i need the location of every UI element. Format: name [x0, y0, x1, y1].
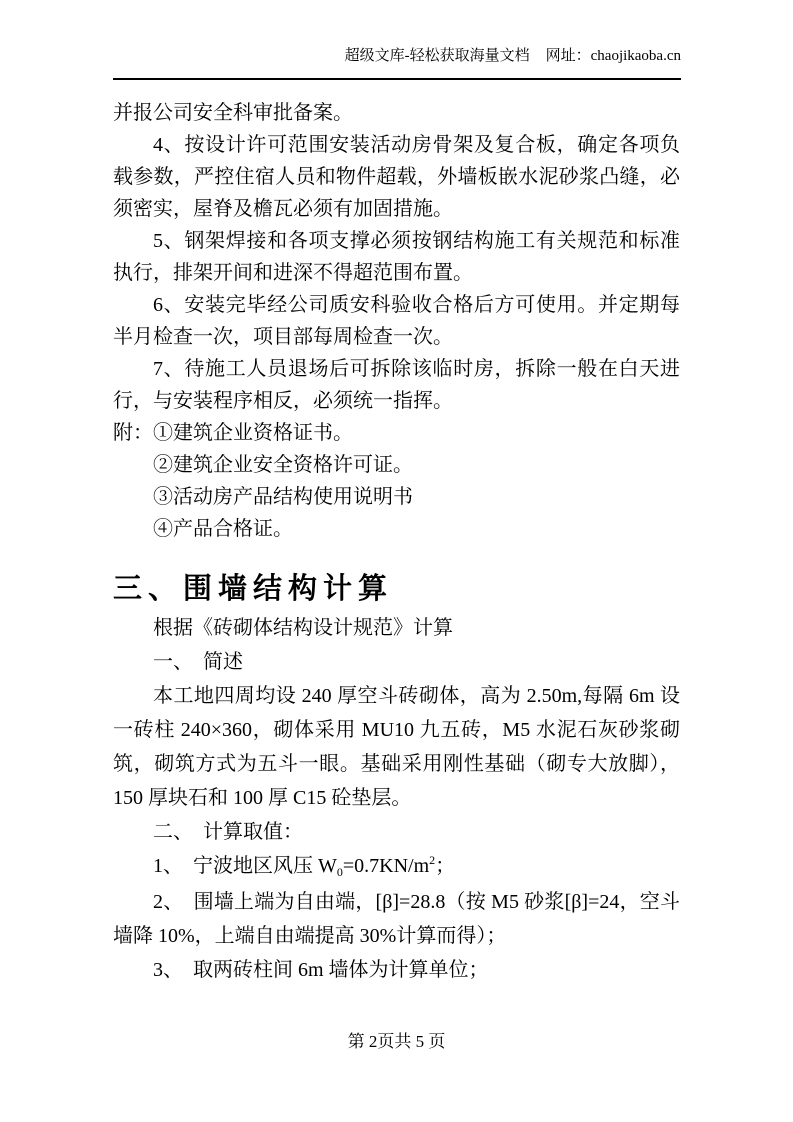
- page-number: 第 2页共 5 页: [348, 1032, 446, 1051]
- header-url-label: 网址：chaojikaoba.cn: [546, 48, 681, 64]
- paragraph-attachment-2: ②建筑企业安全资格许可证。: [113, 449, 680, 481]
- paragraph-attachment-3: ③活动房产品结构使用说明书: [113, 481, 680, 513]
- header-site-label: 超级文库-轻松获取海量文档: [345, 48, 530, 64]
- formula-prefix: 1、 宁波地区风压 W: [153, 855, 337, 877]
- paragraph-value-2: 2、 围墙上端为自由端，[β]=28.8（按 M5 砂浆[β]=24，空斗墙降 …: [113, 885, 680, 953]
- sub-heading-values: 二、 计算取值：: [113, 815, 680, 849]
- document-page: 超级文库-轻松获取海量文档网址：chaojikaoba.cn 并报公司安全科审批…: [0, 0, 793, 1122]
- formula-superscript: 2: [429, 853, 435, 867]
- paragraph-item-6: 6、安装完毕经公司质安科验收合格后方可使用。并定期每半月检查一次，项目部每周检查…: [113, 289, 680, 353]
- paragraph-description: 本工地四周均设 240 厚空斗砖砌体，高为 2.50m,每隔 6m 设一砖柱 2…: [113, 679, 680, 815]
- section-general-rules: 并报公司安全科审批备案。 4、按设计许可范围安装活动房骨架及复合板，确定各项负载…: [113, 97, 680, 545]
- document-body: 并报公司安全科审批备案。 4、按设计许可范围安装活动房骨架及复合板，确定各项负载…: [113, 97, 680, 987]
- paragraph-item-5: 5、钢架焊接和各项支撑必须按钢结构施工有关规范和标准执行，排架开间和进深不得超范…: [113, 225, 680, 289]
- page-header: 超级文库-轻松获取海量文档网址：chaojikaoba.cn: [113, 0, 681, 80]
- formula-suffix: ；: [435, 855, 455, 877]
- paragraph-attachment-1: 附：①建筑企业资格证书。: [113, 417, 680, 449]
- paragraph-item-7: 7、待施工人员退场后可拆除该临时房，拆除一般在白天进行，与安装程序相反，必须统一…: [113, 353, 680, 417]
- sub-heading-overview: 一、 简述: [113, 645, 680, 679]
- paragraph-attachment-4: ④产品合格证。: [113, 513, 680, 545]
- formula-subscript: 0: [337, 865, 343, 879]
- paragraph-basis: 根据《砖砌体结构设计规范》计算: [113, 611, 680, 645]
- paragraph-value-3: 3、 取两砖柱间 6m 墙体为计算单位；: [113, 953, 680, 987]
- paragraph-value-1: 1、 宁波地区风压 W0=0.7KN/m2；: [113, 849, 680, 885]
- paragraph-continuation: 并报公司安全科审批备案。: [113, 97, 680, 129]
- paragraph-item-4: 4、按设计许可范围安装活动房骨架及复合板，确定各项负载参数，严控住宿人员和物件超…: [113, 129, 680, 225]
- section-wall-calculation: 根据《砖砌体结构设计规范》计算 一、 简述 本工地四周均设 240 厚空斗砖砌体…: [113, 611, 680, 987]
- page-footer: 第 2页共 5 页: [0, 1031, 793, 1053]
- section-heading: 三、围墙结构计算: [113, 569, 680, 609]
- formula-middle: =0.7KN/m: [343, 855, 429, 877]
